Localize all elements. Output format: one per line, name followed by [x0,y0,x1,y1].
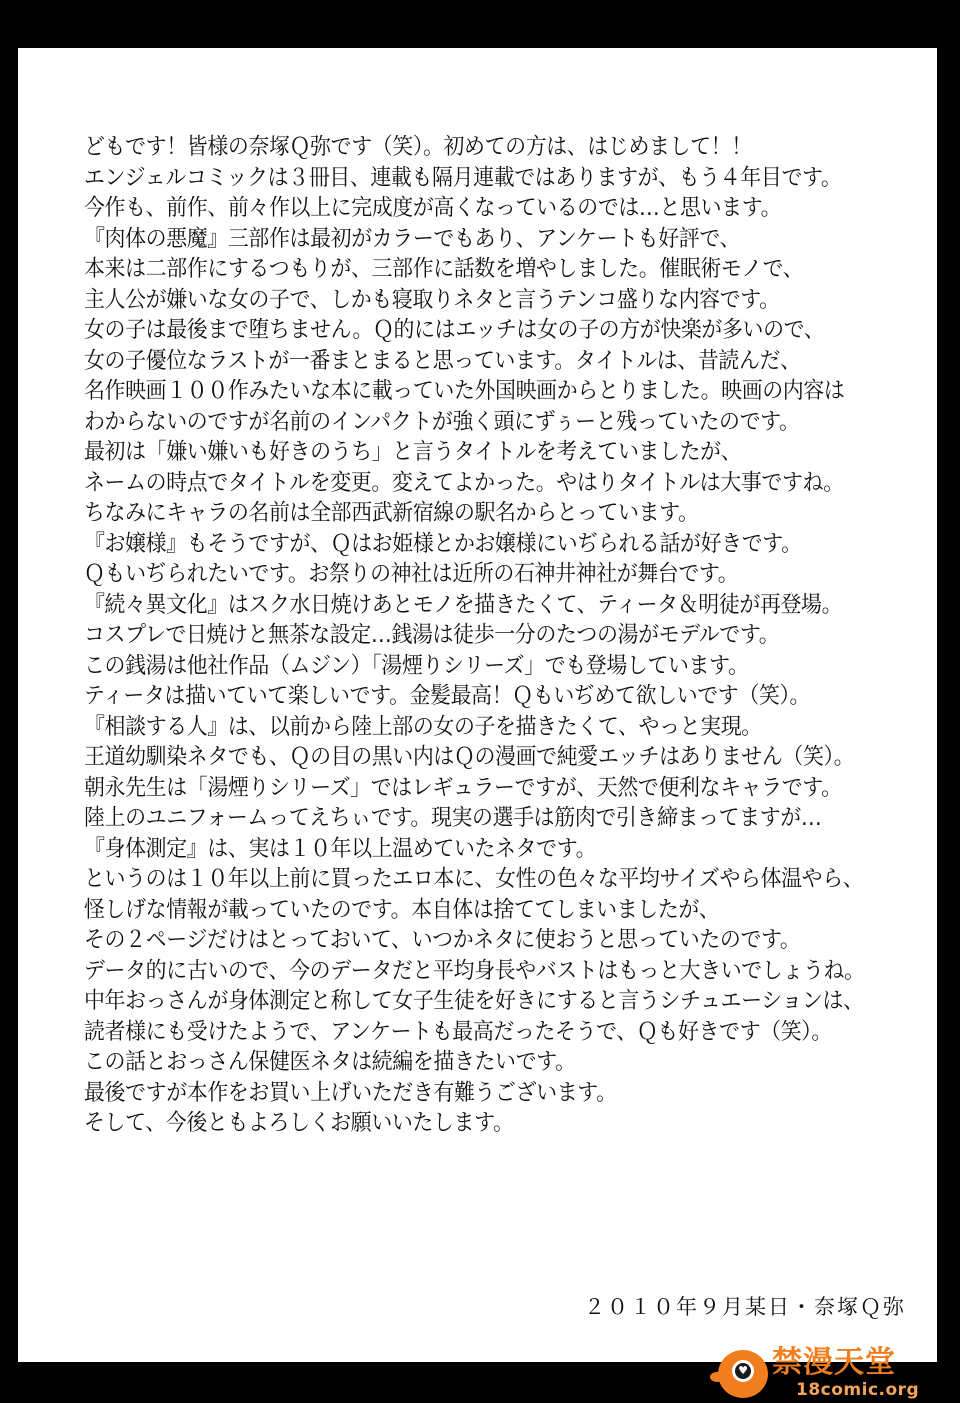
text-line: 陸上のユニフォームってえちぃです。現実の選手は筋肉で引き締まってますが… [84,803,865,834]
text-line: この銭湯は他社作品（ムジン）「湯煙りシリーズ」でも登場しています。 [84,651,865,682]
text-line: この話とおっさん保健医ネタは続編を描きたいです。 [84,1047,865,1078]
text-line: 『お嬢様』もそうですが、Ｑはお姫様とかお嬢様にいぢられる話が好きです。 [84,529,865,560]
text-line: Ｑもいぢられたいです。お祭りの神社は近所の石神井神社が舞台です。 [84,559,865,590]
text-line: 『肉体の悪魔』三部作は最初がカラーでもあり、アンケートも好評で、 [84,224,865,255]
text-line: 最後ですが本作をお買い上げいただき有難うございます。 [84,1078,865,1109]
text-line: どもです！皆様の奈塚Ｑ弥です（笑）。初めての方は、はじめまして！！ [84,132,865,163]
text-line: というのは１０年以上前に買ったエロ本に、女性の色々な平均サイズやら体温やら、 [84,864,865,895]
text-line: 主人公が嫌いな女の子で、しかも寝取りネタと言うテンコ盛りな内容です。 [84,285,865,316]
text-line: 読者様にも受けたようで、アンケートも最高だったそうで、Ｑも好きです（笑）。 [84,1017,865,1048]
text-line: ネームの時点でタイトルを変更。変えてよかった。やはりタイトルは大事ですね。 [84,468,865,499]
text-line: 王道幼馴染ネタでも、Ｑの目の黒い内はＱの漫画で純愛エッチはありません（笑）。 [84,742,865,773]
text-line: コスプレで日焼けと無茶な設定…銭湯は徒歩一分のたつの湯がモデルです。 [84,620,865,651]
text-line: 『相談する人』は、以前から陸上部の女の子を描きたくて、やっと実現。 [84,712,865,743]
watermark-title: 禁漫天堂 [772,1346,896,1380]
text-line: ちなみにキャラの名前は全部西武新宿線の駅名からとっています。 [84,498,865,529]
text-line: 本来は二部作にするつもりが、三部作に話数を増やしました。催眠術モノで、 [84,254,865,285]
text-line: そして、今後ともよろしくお願いいたします。 [84,1108,865,1139]
watermark-url: 18comic.org [796,1380,919,1400]
text-line: その２ページだけはとっておいて、いつかネタに使おうと思っていたのです。 [84,925,865,956]
text-line: データ的に古いので、今のデータだと平均身長やバストはもっと大きいでしょうね。 [84,956,865,987]
text-line: エンジェルコミックは３冊目、連載も隔月連載ではありますが、もう４年目です。 [84,163,865,194]
text-line: 最初は「嫌い嫌いも好きのうち」と言うタイトルを考えていましたが、 [84,437,865,468]
document-page: どもです！皆様の奈塚Ｑ弥です（笑）。初めての方は、はじめまして！！エンジェルコミ… [18,48,937,1362]
heart-icon: ♥ [732,1360,754,1382]
text-line: わからないのですが名前のインパクトが強く頭にずぅーと残っていたのです。 [84,407,865,438]
text-line: 朝永先生は「湯煙りシリーズ」ではレギュラーですが、天然で便利なキャラです。 [84,773,865,804]
mascot-icon: ♥ [718,1350,768,1398]
signature-line: ２０１０年９月某日・奈塚Ｑ弥 [584,1294,906,1320]
text-line: ティータは描いていて楽しいです。金髪最高！Ｑもいぢめて欲しいです（笑）。 [84,681,865,712]
text-line: 名作映画１００作みたいな本に載っていた外国映画からとりました。映画の内容は [84,376,865,407]
text-line: 『身体測定』は、実は１０年以上温めていたネタです。 [84,834,865,865]
text-line: 今作も、前作、前々作以上に完成度が高くなっているのでは…と思います。 [84,193,865,224]
text-line: 『続々異文化』はスク水日焼けあとモノを描きたくて、ティータ＆明徒が再登場。 [84,590,865,621]
text-line: 中年おっさんが身体測定と称して女子生徒を好きにすると言うシチュエーションは、 [84,986,865,1017]
text-line: 女の子は最後まで堕ちません。Ｑ的にはエッチは女の子の方が快楽が多いので、 [84,315,865,346]
site-watermark: ♥ 禁漫天堂 18comic.org [712,1350,932,1403]
text-line: 女の子優位なラストが一番まとまると思っています。タイトルは、昔読んだ、 [84,346,865,377]
afterword-text: どもです！皆様の奈塚Ｑ弥です（笑）。初めての方は、はじめまして！！エンジェルコミ… [84,132,924,1139]
text-line: 怪しげな情報が載っていたのです。本自体は捨ててしまいましたが、 [84,895,865,926]
